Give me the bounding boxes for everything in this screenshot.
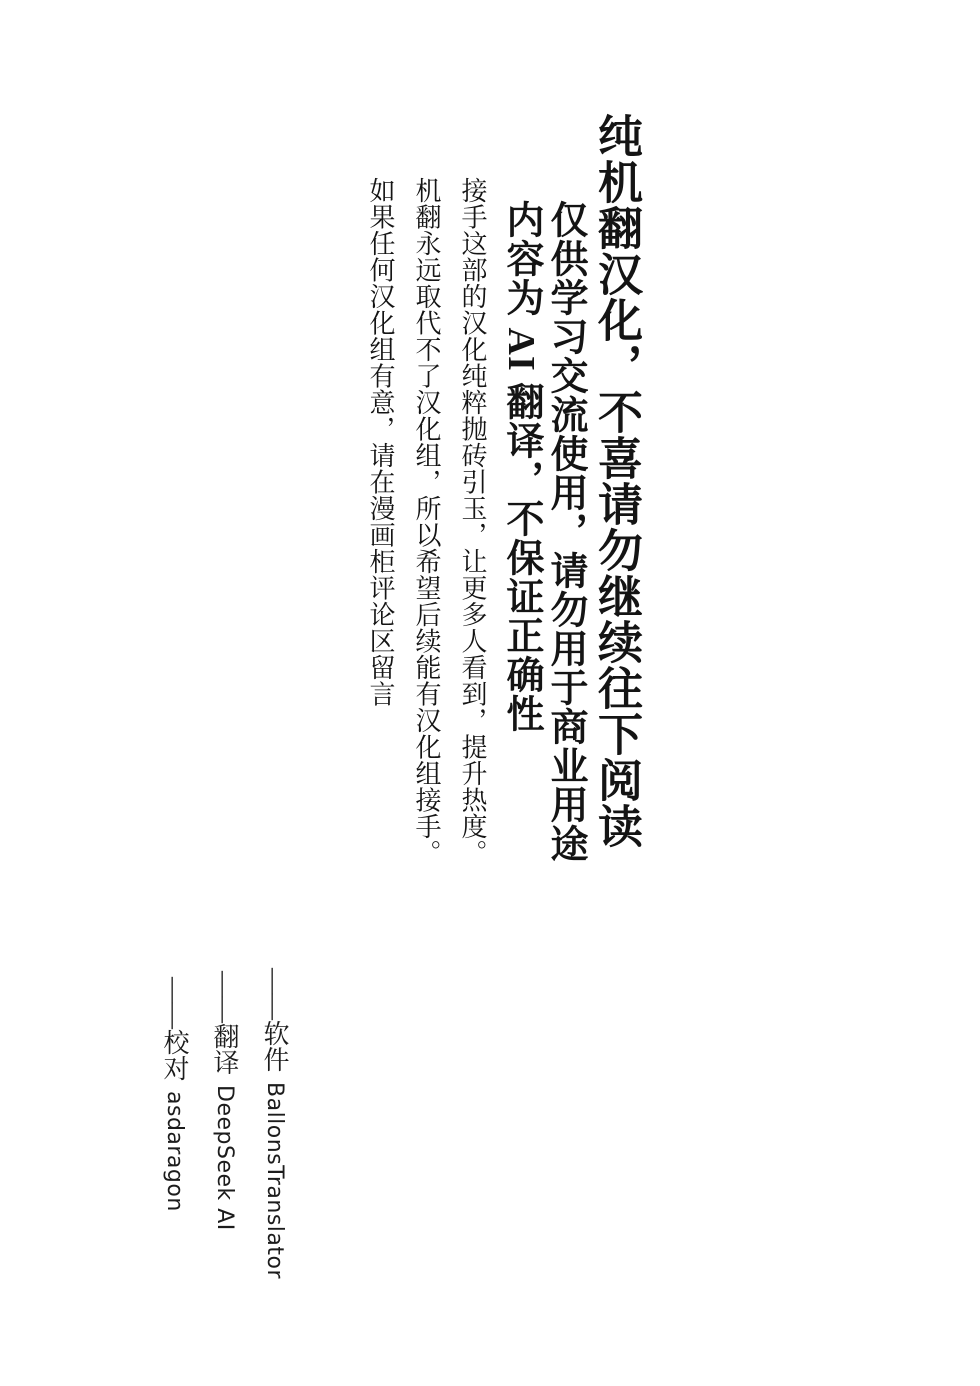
credit-dash: —— — [160, 977, 189, 1029]
credit-software: ——软件BallonsTranslator — [249, 968, 299, 1338]
disclaimer-page: 纯机翻汉化，不喜请勿继续往下阅读 仅供学习交流使用，请勿用于商业用途 内容为 A… — [0, 0, 980, 1386]
credit-translation-label: 翻译 — [210, 1023, 239, 1075]
credit-proofreading-value: asdaragon — [162, 1091, 187, 1212]
credit-proofreading: ——校对asdaragon — [149, 968, 199, 1338]
credit-software-value: BallonsTranslator — [262, 1082, 287, 1279]
notice-usage-line: 仅供学习交流使用，请勿用于商业用途 — [543, 113, 587, 913]
notice-block: 纯机翻汉化，不喜请勿继续往下阅读 仅供学习交流使用，请勿用于商业用途 内容为 A… — [357, 113, 645, 913]
credit-dash: —— — [210, 971, 239, 1023]
notice-paragraph-1: 接手这部的汉化纯粹抛砖引玉，让更多人看到，提升热度。 — [449, 113, 495, 913]
credit-translation: ——翻译DeepSeek AI — [199, 968, 249, 1338]
notice-title: 纯机翻汉化，不喜请勿继续往下阅读 — [587, 113, 645, 913]
credit-dash: —— — [260, 968, 289, 1020]
credits-block: ——软件BallonsTranslator ——翻译DeepSeek AI ——… — [149, 968, 299, 1338]
credit-translation-value: DeepSeek AI — [212, 1085, 237, 1231]
credit-proofreading-label: 校对 — [160, 1029, 189, 1081]
notice-accuracy-line: 内容为 AI 翻译，不保证正确性 — [499, 113, 543, 913]
notice-paragraph-2: 机翻永远取代不了汉化组，所以希望后续能有汉化组接手。 — [403, 113, 449, 913]
notice-paragraph-3: 如果任何汉化组有意，请在漫画柜评论区留言 — [357, 113, 403, 913]
credit-software-label: 软件 — [260, 1020, 289, 1072]
